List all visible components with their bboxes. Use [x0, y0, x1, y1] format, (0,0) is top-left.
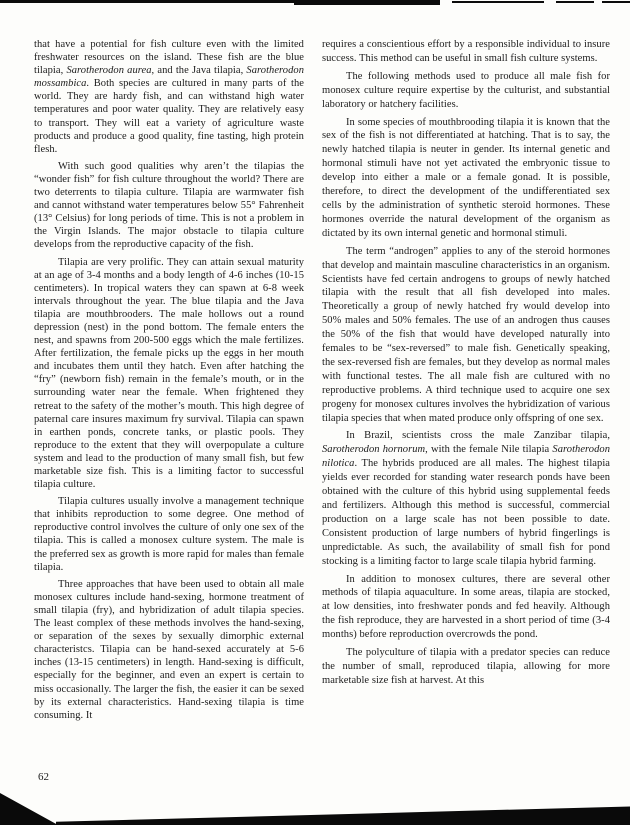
paragraph: Three approaches that have been used to … — [34, 578, 304, 722]
paragraph-text: . The hybrids produced are all males. Th… — [322, 458, 610, 566]
scan-edge-top — [0, 0, 296, 3]
scan-edge-bottom — [56, 793, 630, 825]
paragraph-text: Three approaches that have been used to … — [34, 579, 304, 721]
paragraph-text: With such good qualities why aren’t the … — [34, 161, 304, 251]
paragraph: Tilapia are very prolific. They can atta… — [34, 256, 304, 492]
paragraph: requires a conscientious effort by a res… — [322, 38, 610, 66]
scan-edge-top — [452, 1, 544, 3]
paragraph: that have a potential for fish culture e… — [34, 38, 304, 156]
paragraph-text: The following methods used to produce al… — [322, 71, 610, 110]
scan-edge-top — [602, 1, 630, 3]
paragraph: In some species of mouthbrooding tilapia… — [322, 116, 610, 241]
page-number: 62 — [38, 771, 49, 783]
paragraph-text: Tilapia are very prolific. They can atta… — [34, 257, 304, 491]
species-name-italic: Sarotherodon aurea — [66, 65, 151, 76]
paragraph-text: The polyculture of tilapia with a predat… — [322, 647, 610, 686]
paragraph-text: requires a conscientious effort by a res… — [322, 39, 610, 64]
paragraph: Tilapia cultures usually involve a manag… — [34, 495, 304, 574]
paragraph-text: , and the Java tilapia, — [152, 65, 247, 76]
paragraph-text: The term “androgen” applies to any of th… — [322, 246, 610, 424]
paragraph: With such good qualities why aren’t the … — [34, 160, 304, 252]
paragraph-text: In some species of mouthbrooding tilapia… — [322, 117, 610, 239]
right-column: requires a conscientious effort by a res… — [322, 38, 610, 726]
paragraph-text: In addition to monosex cultures, there a… — [322, 574, 610, 641]
paragraph-text: Tilapia cultures usually involve a manag… — [34, 496, 304, 572]
scanned-document-page: that have a potential for fish culture e… — [0, 0, 630, 825]
paragraph-text: , with the female Nile tilapia — [425, 444, 552, 455]
scan-edge-bottom-left — [0, 791, 58, 825]
scan-edge-top — [294, 0, 440, 5]
paragraph: The polyculture of tilapia with a predat… — [322, 646, 610, 688]
left-column: that have a potential for fish culture e… — [34, 38, 304, 726]
paragraph: In addition to monosex cultures, there a… — [322, 573, 610, 643]
paragraph-text: . Both species are cultured in many part… — [34, 78, 304, 154]
paragraph-text: In Brazil, scientists cross the male Zan… — [346, 430, 610, 441]
text-columns: that have a potential for fish culture e… — [34, 38, 610, 726]
species-name-italic: Sarotherodon hornorum — [322, 444, 425, 455]
paragraph: The following methods used to produce al… — [322, 70, 610, 112]
paragraph: In Brazil, scientists cross the male Zan… — [322, 429, 610, 568]
paragraph: The term “androgen” applies to any of th… — [322, 245, 610, 426]
scan-edge-top — [556, 1, 594, 3]
